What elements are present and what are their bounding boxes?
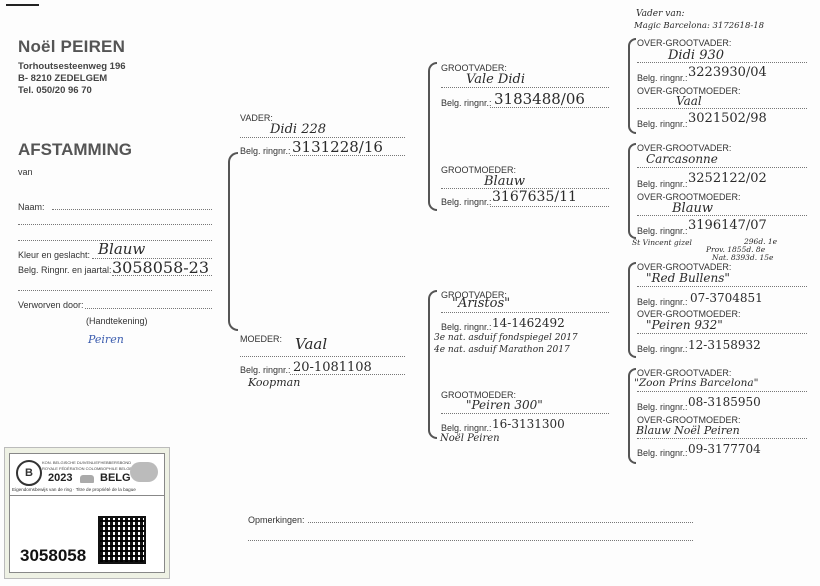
grandparents-brace-1 [428, 62, 437, 211]
ogv1-ring: 3223930/04 [688, 65, 767, 80]
crown-icon [80, 475, 94, 483]
moeder-name: Vaal [295, 335, 327, 353]
ogm2-ring-label: Belg. ringnr.: [637, 226, 688, 236]
fci-logo-icon [130, 462, 158, 482]
vader-ring-label: Belg. ringnr.: [240, 146, 291, 156]
gv1-ring-label: Belg. ringnr.: [441, 98, 492, 108]
card-ring-number: 3058058 [20, 546, 86, 566]
opmerkingen-field-line2[interactable] [248, 540, 693, 541]
gv2-note-1: 3e nat. asduif fondspiegel 2017 [434, 333, 578, 343]
ogm1-name: Vaal [676, 94, 702, 108]
ogv2-name-line [637, 167, 807, 168]
ogm4-ring: 09-3177704 [688, 442, 761, 456]
ring-field-line2[interactable] [18, 290, 212, 291]
kleur-label: Kleur en geslacht: [18, 250, 90, 260]
gv1-ring-line [490, 107, 609, 108]
ogv3-name: "Red Bullens" [646, 271, 730, 285]
moeder-name-line [240, 356, 405, 357]
ogm2-note-left: St Vincent gizel [632, 238, 692, 247]
ogv2-ring-label: Belg. ringnr.: [637, 179, 688, 189]
ring-ownership-card: B KON. BELGISCHE DUIVENLIEFHEBBERSBOND R… [4, 447, 170, 579]
gm2-ring-label: Belg. ringnr.: [441, 423, 492, 433]
handtekening-label: (Handtekening) [86, 316, 148, 326]
gv2-ring-label: Belg. ringnr.: [441, 322, 492, 332]
ogv3-name-line [637, 286, 807, 287]
van-label: van [18, 167, 33, 177]
ogp-brace-2 [628, 143, 636, 239]
gm1-name: Blauw [484, 174, 525, 189]
gm1-ring: 3167635/11 [492, 189, 577, 205]
ogv4-name-line [637, 391, 807, 392]
owner-street: Torhoutsesteenweg 196 [18, 61, 126, 72]
gm2-ring: 16-3131300 [492, 417, 565, 431]
card-country: BELG [100, 472, 131, 484]
moeder-label: MOEDER: [240, 334, 282, 344]
gm1-ring-label: Belg. ringnr.: [441, 197, 492, 207]
ogm3-name: "Peiren 932" [646, 318, 723, 332]
gv2-name: "Aristos" [452, 296, 510, 311]
gv1-name: Vale Didi [466, 72, 525, 87]
owner-city: B- 8210 ZEDELGEM [18, 73, 107, 84]
gm2-note: Noël Peiren [440, 433, 500, 444]
ogv4-ring: 08-3185950 [688, 395, 761, 409]
form-title: AFSTAMMING [18, 140, 132, 160]
ogm3-ring: 12-3158932 [688, 338, 761, 352]
moeder-ring-label: Belg. ringnr.: [240, 365, 291, 375]
moeder-ring-line [290, 374, 405, 375]
naam-field-line2[interactable] [18, 224, 212, 225]
ogm1-ring-label: Belg. ringnr.: [637, 119, 688, 129]
kbdb-logo-icon: B [16, 460, 42, 486]
gv2-note-2: 4e nat. asduif Marathon 2017 [434, 345, 570, 355]
gv2-ring: 14-1462492 [492, 316, 565, 330]
opmerkingen-label: Opmerkingen: [248, 515, 305, 525]
top-note-2: Magic Barcelona: 3172618-18 [634, 21, 764, 31]
ogv1-name: Didi 930 [668, 48, 724, 63]
moeder-ring: 20-1081108 [293, 360, 372, 375]
pen-mark [6, 4, 39, 6]
org-fr: ROYALE FÉDÉRATION COLOMBOPHILE BELGE [42, 466, 132, 471]
ogm3-name-line [637, 333, 807, 334]
verworven-field[interactable] [85, 308, 212, 309]
naam-label: Naam: [18, 202, 45, 212]
ogv4-name: "Zoon Prins Barcelona" [634, 377, 758, 389]
ogm1-name-line [637, 108, 807, 109]
ogv4-ring-label: Belg. ringnr.: [637, 402, 688, 412]
gv2-name-line [441, 312, 609, 313]
opmerkingen-field[interactable] [308, 522, 693, 523]
gm1-ring-line [490, 206, 609, 207]
ogm2-name-line [637, 215, 807, 216]
verworven-label: Verworven door: [18, 300, 84, 310]
vader-ring-line [290, 155, 405, 156]
grandparents-brace-2 [428, 290, 437, 439]
ogv2-name: Carcasonne [646, 152, 718, 166]
ogm2-name: Blauw [672, 201, 713, 216]
org-nl: KON. BELGISCHE DUIVENLIEFHEBBERSBOND [42, 460, 131, 465]
ogm4-name: Blauw Noël Peiren [636, 424, 740, 437]
kleur-value: Blauw [98, 240, 145, 258]
ogp-brace-1 [628, 38, 636, 134]
ogv3-ring-label: Belg. ringnr.: [637, 297, 688, 307]
ring-value: 3058058-23 [112, 258, 209, 277]
vader-label: VADER: [240, 113, 273, 123]
ogv1-ring-label: Belg. ringnr.: [637, 73, 688, 83]
ogv1-name-line [637, 62, 807, 63]
ring-label: Belg. Ringnr. en jaartal: [18, 265, 112, 275]
ogm3-ring-label: Belg. ringnr.: [637, 344, 688, 354]
vader-name: Didi 228 [270, 122, 326, 137]
qr-code[interactable] [98, 516, 146, 564]
card-year: 2023 [48, 472, 72, 484]
ogm2-ring: 3196147/07 [688, 218, 767, 233]
gm2-name: "Peiren 300" [466, 398, 543, 412]
card-subtitle: Eigendomsbewijs van de ring · Titre de p… [12, 487, 136, 492]
ogv2-ring: 3252122/02 [688, 171, 767, 186]
ogm4-ring-label: Belg. ringnr.: [637, 448, 688, 458]
vader-ring: 3131228/16 [292, 138, 383, 156]
ogm1-ring: 3021502/98 [688, 111, 767, 126]
parents-brace [228, 152, 238, 331]
top-note-1: Vader van: [636, 9, 685, 19]
owner-name: Noël PEIREN [18, 37, 125, 57]
signature: Peiren [88, 333, 124, 346]
ogp-brace-3 [628, 262, 636, 358]
owner-phone: Tel. 050/20 96 70 [18, 85, 92, 96]
ogv3-ring: 07-3704851 [690, 291, 763, 305]
gv1-name-line [441, 87, 609, 88]
gv1-ring: 3183488/06 [494, 90, 585, 108]
gm2-name-line [441, 413, 609, 414]
moeder-note: Koopman [248, 376, 300, 389]
naam-field[interactable] [52, 209, 212, 210]
ogv1-label: OVER-GROOTVADER: [637, 38, 731, 48]
ogm2-note-r3: Nat. 8393d. 15e [712, 253, 773, 262]
ogm4-name-line [637, 438, 807, 439]
card-divider [10, 495, 164, 496]
